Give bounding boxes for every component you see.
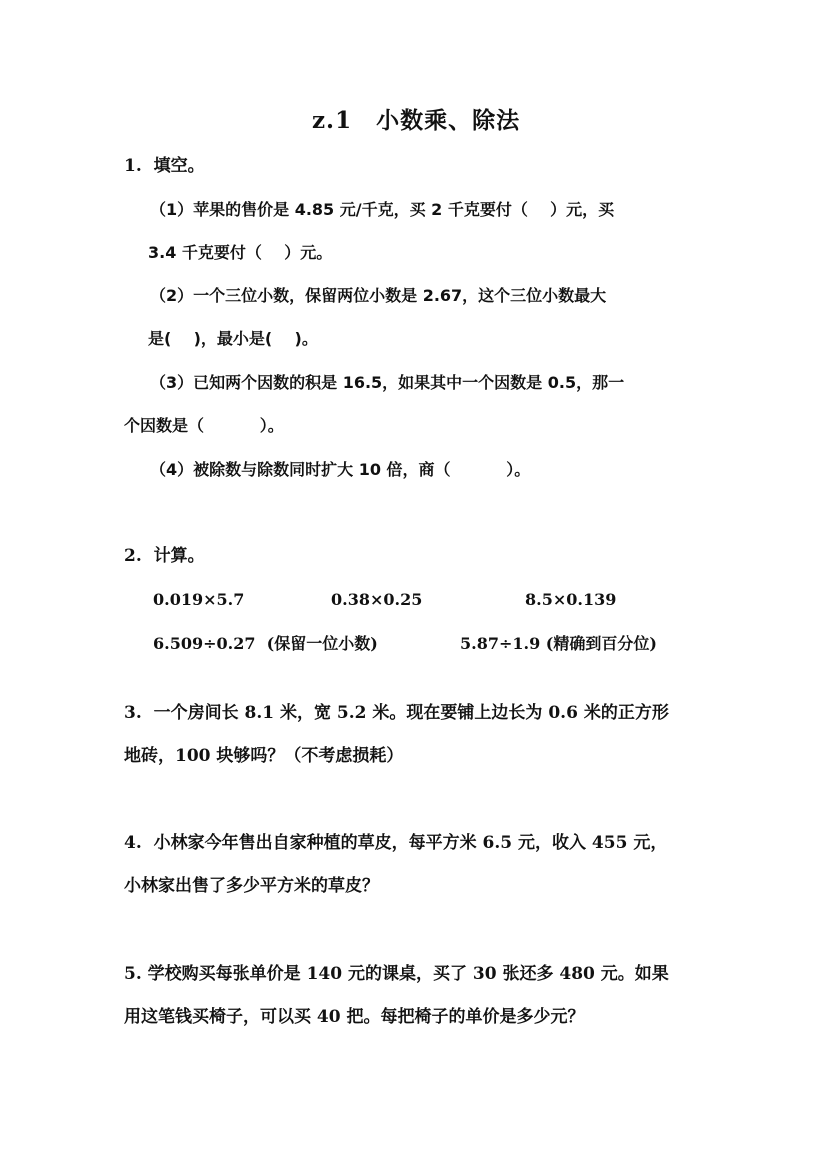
q2-expr-4: 6.509÷0.27 (保留一位小数) xyxy=(153,633,378,655)
q1-item1-line1: （1）苹果的售价是 4.85 元/千克，买 2 千克要付（ ）元，买 xyxy=(150,199,614,221)
worksheet-title: z.1 小数乘、除法 xyxy=(312,110,520,132)
q5-line1: 5. 学校购买每张单价是 140 元的课桌，买了 30 张还多 480 元。如果 xyxy=(124,963,669,985)
q3-line1: 3. 一个房间长 8.1 米，宽 5.2 米。现在要铺上边长为 0.6 米的正方… xyxy=(124,702,669,724)
q2-expr-2: 0.38×0.25 xyxy=(331,589,422,611)
q1-item3-line1: （3）已知两个因数的积是 16.5，如果其中一个因数是 0.5，那一 xyxy=(150,372,624,394)
q1-heading: 1. 填空。 xyxy=(124,155,205,177)
q4-line2: 小林家出售了多少平方米的草皮？ xyxy=(124,875,379,897)
q1-item2-line2: 是( )，最小是( )。 xyxy=(148,328,318,350)
q2-expr-1: 0.019×5.7 xyxy=(153,589,244,611)
q2-heading: 2. 计算。 xyxy=(124,545,205,567)
q5-line2: 用这笔钱买椅子，可以买 40 把。每把椅子的单价是多少元？ xyxy=(124,1006,585,1028)
q1-item2-line1: （2）一个三位小数，保留两位小数是 2.67，这个三位小数最大 xyxy=(150,285,606,307)
q2-expr-3: 8.5×0.139 xyxy=(525,589,616,611)
q1-item4-line1: （4）被除数与除数同时扩大 10 倍，商（ ）。 xyxy=(150,459,530,481)
q3-line2: 地砖，100 块够吗？（不考虑损耗） xyxy=(124,745,403,767)
q2-expr-5: 5.87÷1.9 (精确到百分位) xyxy=(460,633,657,655)
q4-line1: 4. 小林家今年售出自家种植的草皮，每平方米 6.5 元，收入 455 元， xyxy=(124,832,667,854)
q1-item3-line2: 个因数是（ ）。 xyxy=(124,415,284,437)
q1-item1-line2: 3.4 千克要付（ ）元。 xyxy=(148,242,332,264)
